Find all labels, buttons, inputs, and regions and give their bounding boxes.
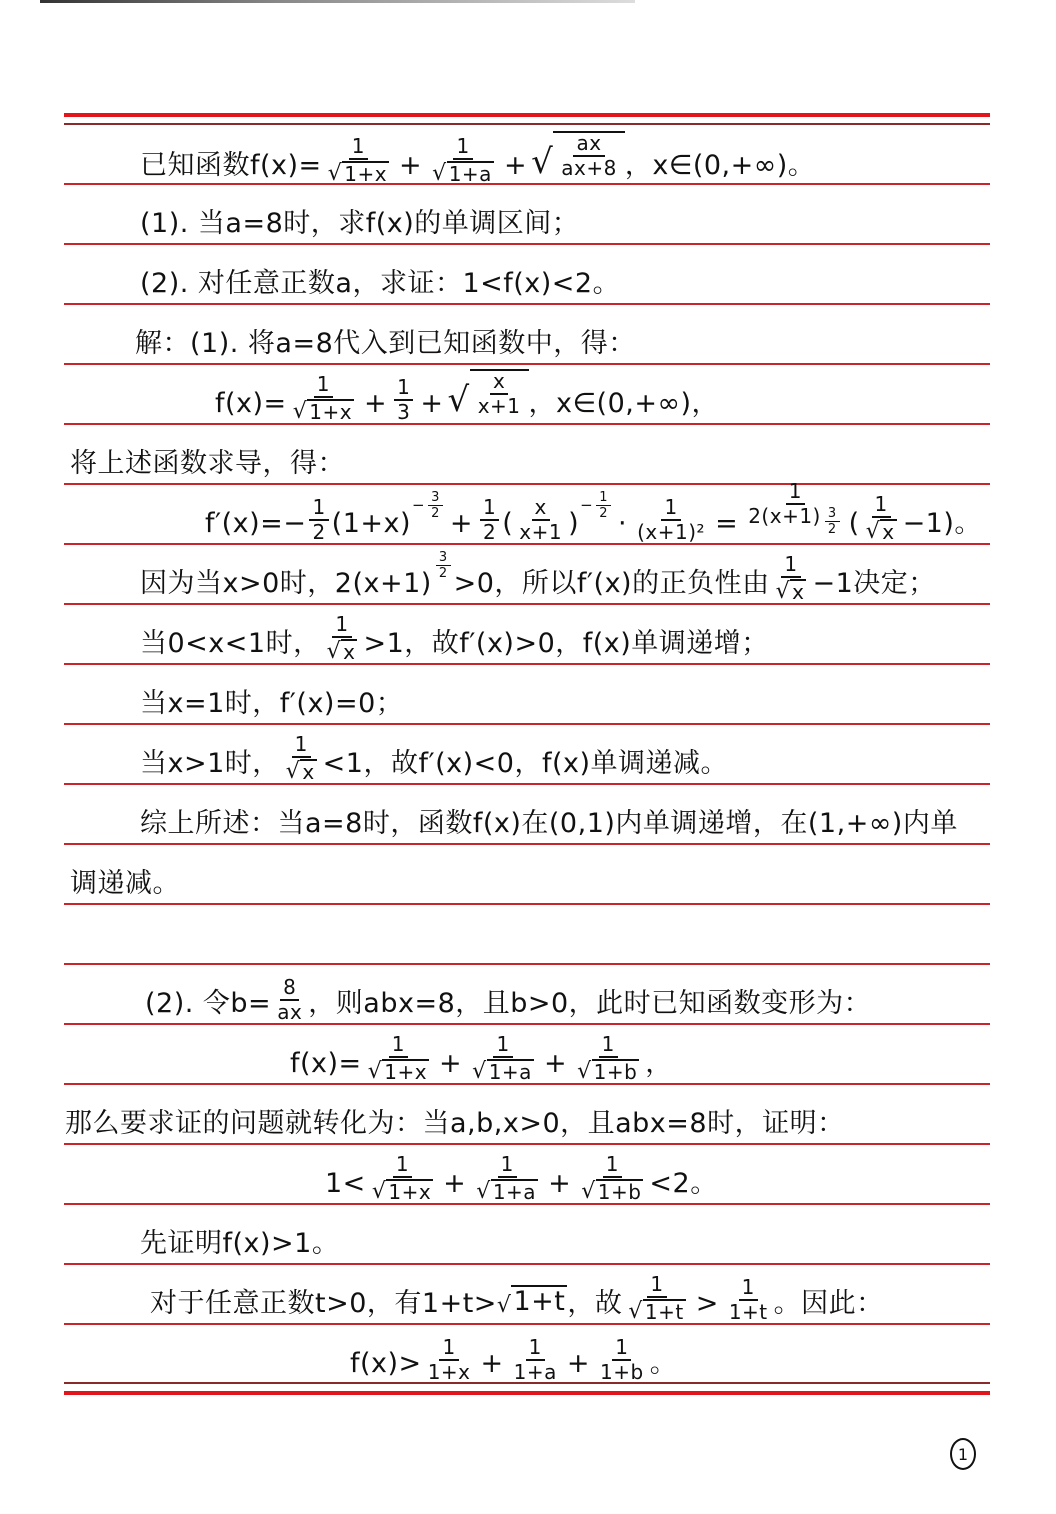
equals: = — [715, 510, 738, 537]
text: f(x)= — [290, 1050, 362, 1077]
fraction: 1√x — [773, 554, 810, 603]
text: 1< — [325, 1170, 366, 1197]
header-rule-thick — [64, 113, 990, 117]
plus: + — [567, 1350, 590, 1377]
question-2: (2). 对任意正数a，求证：1<f(x)<2。 — [0, 243, 1056, 303]
greater-than: > — [696, 1290, 719, 1317]
plus: + — [439, 1050, 462, 1077]
case-decreasing: 当x>1时， 1√x <1，故f′(x)<0，f(x)单调递减。 — [0, 723, 1056, 783]
summary: 综上所述：当a=8时，函数f(x)在(0,1)内单调递增，在(1,+∞)内单 — [0, 783, 1056, 843]
text: 解：(1). 将a=8代入到已知函数中，得： — [135, 330, 636, 357]
text: <1，故f′(x)<0，f(x)单调递减。 — [323, 750, 728, 777]
sign-analysis: 因为当x>0时，2(x+1) 32 >0，所以f′(x)的正负性由 1√x −1… — [0, 543, 1056, 603]
text: 先证明f(x)>1。 — [140, 1230, 339, 1257]
fraction: 13 — [394, 377, 413, 423]
text: 那么要求证的问题就转化为：当a,b,x>0，且abx=8时，证明： — [65, 1110, 845, 1137]
derivative-formula: f′(x)=− 12 (1+x) −32 + 12 (xx+1) −12 · 1… — [0, 483, 1056, 543]
fraction: 1√x — [863, 494, 900, 543]
text: 。 — [650, 1350, 678, 1377]
text: (2). 对任意正数a，求证：1<f(x)<2。 — [140, 270, 620, 297]
fraction: 1√x — [283, 734, 320, 783]
text: f(x)> — [350, 1350, 422, 1377]
text: 将上述函数求导，得： — [70, 450, 345, 477]
fraction: 1√1+a — [473, 1154, 541, 1203]
plus: + — [544, 1050, 567, 1077]
text: 综上所述：当a=8时，函数f(x)在(0,1)内单调递增，在(1,+∞)内单 — [140, 810, 958, 837]
plus: + — [450, 510, 473, 537]
fraction: 1√1+t — [625, 1274, 688, 1323]
fraction: 11+t — [726, 1277, 771, 1323]
plus: + — [399, 152, 422, 179]
plus: + — [504, 152, 527, 179]
substituted-function: f(x)= 1√1+x + 13 + √xx+1 ，x∈(0,+∞)， — [0, 363, 1056, 423]
plus: + — [364, 390, 387, 417]
text: 。因此： — [774, 1290, 884, 1317]
fraction: 12(x+1)32 — [745, 481, 845, 543]
fraction: 1√1+x — [365, 1034, 432, 1083]
fraction: 8ax — [274, 977, 305, 1023]
fraction: 1√1+a — [429, 136, 497, 185]
text: −1 — [903, 510, 944, 537]
fraction: 1√1+a — [469, 1034, 537, 1083]
text: ，故 — [567, 1290, 622, 1317]
fraction: 11+x — [425, 1337, 474, 1383]
fraction: xx+1 — [516, 497, 565, 543]
text: )。 — [943, 510, 982, 537]
page-number: 1 — [950, 1438, 976, 1470]
text: 当0<x<1时， — [140, 630, 321, 657]
lemma: 对于任意正数t>0，有1+t> √1+t ，故 1√1+t > 11+t 。因此… — [0, 1263, 1056, 1323]
text: 当x>1时， — [140, 750, 280, 777]
text: >0，所以f′(x)的正负性由 — [454, 570, 770, 597]
text: ，x∈(0,+∞)。 — [625, 152, 815, 179]
plus: + — [548, 1170, 571, 1197]
text: ，x∈(0,+∞)， — [529, 390, 719, 417]
fraction: 1(x+1)² — [634, 497, 708, 543]
fraction: 1√1+x — [290, 374, 357, 423]
text: −1决定； — [812, 570, 935, 597]
problem-reformulation: 那么要求证的问题就转化为：当a,b,x>0，且abx=8时，证明： — [0, 1083, 1056, 1143]
target-inequality: 1< 1√1+x + 1√1+a + 1√1+b <2。 — [0, 1143, 1056, 1203]
text: 已知函数f(x)= — [140, 152, 322, 179]
ruled-line — [64, 903, 990, 905]
text: (1+x) — [332, 510, 411, 537]
solution-part2-intro: (2). 令b= 8ax ，则abx=8，且b>0，此时已知函数变形为： — [0, 963, 1056, 1023]
fraction: 1√1+x — [325, 136, 392, 185]
radical: √xx+1 — [448, 369, 529, 417]
case-increasing: 当0<x<1时， 1√x >1，故f′(x)>0，f(x)单调递增； — [0, 603, 1056, 663]
text: 因为当x>0时，2(x+1) — [140, 570, 432, 597]
text: f′(x)=− — [205, 510, 306, 537]
radical: √axax+8 — [531, 131, 625, 179]
text: 调递减。 — [70, 870, 180, 897]
text: f(x)= — [215, 390, 287, 417]
fraction: 11+a — [511, 1337, 560, 1383]
text: ， — [645, 1050, 673, 1077]
problem-statement: 已知函数f(x)= 1√1+x + 1√1+a + √axax+8 ，x∈(0,… — [0, 125, 1056, 185]
fraction: 12 — [309, 497, 328, 543]
fraction: 1√1+x — [369, 1154, 436, 1203]
text: 当x=1时，f′(x)=0； — [140, 690, 403, 717]
text: >1，故f′(x)>0，f(x)单调递增； — [363, 630, 768, 657]
transformed-function: f(x)= 1√1+x + 1√1+a + 1√1+b ， — [0, 1023, 1056, 1083]
footer-rule-thick — [64, 1391, 990, 1395]
fraction: 1√1+b — [578, 1154, 646, 1203]
fraction: 1√1+b — [574, 1034, 642, 1083]
dot: · — [618, 510, 627, 537]
plus: + — [420, 390, 443, 417]
lower-bound-step: f(x)> 11+x + 11+a + 11+b 。 — [0, 1323, 1056, 1383]
text: <2。 — [649, 1170, 717, 1197]
lower-bound-claim: 先证明f(x)>1。 — [0, 1203, 1056, 1263]
question-1: (1). 当a=8时，求f(x)的单调区间； — [0, 183, 1056, 243]
plus: + — [443, 1170, 466, 1197]
text: (1). 当a=8时，求f(x)的单调区间； — [140, 210, 579, 237]
exponent: 32 — [433, 551, 454, 581]
radical: √1+t — [497, 1285, 567, 1317]
fraction: 1√x — [324, 614, 361, 663]
text: (2). 令b= — [145, 990, 271, 1017]
exponent: −12 — [580, 491, 614, 521]
summary-continued: 调递减。 — [0, 843, 1056, 903]
exponent: −32 — [412, 491, 446, 521]
text: ，则abx=8，且b>0，此时已知函数变形为： — [308, 990, 871, 1017]
case-equal: 当x=1时，f′(x)=0； — [0, 663, 1056, 723]
page-number-text: 1 — [958, 1445, 968, 1464]
text: 对于任意正数t>0，有1+t> — [150, 1290, 497, 1317]
plus: + — [481, 1350, 504, 1377]
fraction: 12 — [480, 497, 499, 543]
solution-part1-intro: 解：(1). 将a=8代入到已知函数中，得： — [0, 303, 1056, 363]
scan-edge-artifact — [40, 0, 635, 3]
fraction: 11+b — [597, 1337, 647, 1383]
